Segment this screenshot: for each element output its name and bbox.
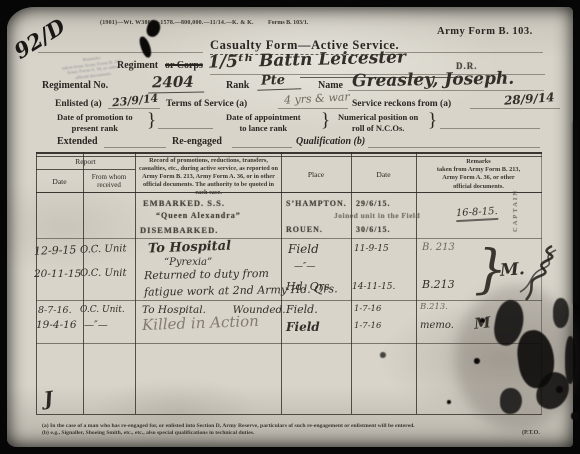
cell-record: Returned to duty from <box>144 267 269 282</box>
terms-label: Terms of Service (a) <box>166 99 247 109</box>
cell-from-whom: O.C. Unit. <box>80 305 125 315</box>
ink-speck <box>556 386 563 393</box>
footnote-b: (b) e.g., Signaller, Shoeing Smith, etc.… <box>42 430 462 437</box>
promotion-label: Date of promotion to present rank <box>57 112 133 133</box>
footnote-a: (a) In the case of a man who has re-enga… <box>42 423 532 430</box>
ink-speck <box>447 400 451 404</box>
record-embarked: EMBARKED. S.S. <box>143 198 225 208</box>
service-reckons-label: Service reckons from (a) <box>352 99 451 109</box>
writing-line <box>104 147 166 148</box>
cell-from-whom: O.C. Unit <box>80 243 127 256</box>
cell-place: Field <box>288 242 319 256</box>
cell-date: 12-9-15 <box>34 243 77 257</box>
appointment-label: Date of appointment to lance rank <box>226 112 301 133</box>
row-divider <box>36 238 542 239</box>
reengaged-label: Re-engaged <box>172 136 222 147</box>
captain-stamp-vertical: CAPTAIN <box>512 189 519 232</box>
writing-line <box>470 108 560 109</box>
name-label: Name <box>318 80 343 91</box>
qualification-label: Qualification (b) <box>296 136 365 147</box>
cell-from-whom-ditto: —″— <box>84 320 108 331</box>
cell-place: Hd. Qrs. <box>286 280 333 293</box>
col-line <box>135 152 136 414</box>
header-place: Place <box>281 170 351 179</box>
rank-value: Pte <box>257 72 302 91</box>
record-disembarked: DISEMBARKED. <box>140 225 218 235</box>
cell-date: 19-4-16 <box>36 319 77 331</box>
pto-note: (P.T.O. <box>522 430 540 436</box>
header-divider <box>36 192 542 193</box>
cell-remarks: B.213. <box>420 302 448 312</box>
cell-remarks: B. 213 <box>422 242 455 253</box>
cell-place-ditto: —″— <box>294 262 315 272</box>
date-embarked: 29/6/15. <box>356 199 390 208</box>
writing-line <box>108 108 160 109</box>
brace-glyph: } <box>428 110 437 132</box>
col-line <box>416 152 417 414</box>
col-line <box>83 152 84 414</box>
writing-line <box>232 147 292 148</box>
scanned-document-page: 92/D (1901)—Wt. W3803—1578.—800,000.—11/… <box>0 0 580 454</box>
enlisted-label: Enlisted (a) <box>55 99 102 109</box>
header-record: Record of promotions, reductions, transf… <box>139 157 278 197</box>
header-report: Report <box>36 157 135 166</box>
col-line <box>36 152 37 414</box>
writing-line <box>385 52 543 53</box>
cell-record-line2: “Pyrexia” <box>164 257 212 268</box>
writing-line <box>440 128 540 129</box>
header-date2: Date <box>351 170 416 179</box>
printers-code: (1901)—Wt. W3803—1578.—800,000.—11/14.—K… <box>100 20 254 26</box>
cell-report-date: 1-7-16 <box>354 304 381 314</box>
row-divider <box>36 300 542 301</box>
cell-place: Field <box>286 320 320 334</box>
writing-line <box>368 147 540 148</box>
numerical-label: Numerical position on roll of N.C.Os. <box>338 112 418 133</box>
cell-date: 8-7-16. <box>38 305 72 316</box>
joined-unit-stamp: Joined unit in the Field <box>334 211 420 220</box>
cell-record: To Hospital <box>148 239 232 257</box>
brace-glyph: } <box>321 110 330 132</box>
cell-record-killed: Killed in Action <box>142 312 259 334</box>
table-border-top <box>36 152 542 154</box>
extended-label: Extended <box>57 136 98 147</box>
cell-date: 20-11-15 <box>34 268 81 280</box>
brace-glyph: } <box>147 110 156 132</box>
writing-line <box>348 90 544 91</box>
record-ship-name: “Queen Alexandra” <box>156 211 241 220</box>
ink-speck <box>380 352 386 358</box>
date-disembarked: 30/6/15. <box>356 225 390 234</box>
report-sub-divider <box>36 169 135 170</box>
cell-report-date: 1-7-16 <box>354 321 381 331</box>
cell-from-whom: O.C. Unit <box>80 268 127 279</box>
place-rouen: ROUEN. <box>286 225 323 234</box>
ink-speck <box>474 358 480 364</box>
table-border-bottom <box>36 414 542 415</box>
place-southampton: S’HAMPTON. <box>286 199 347 208</box>
cell-report-date: 14-11-15. <box>352 282 395 292</box>
rank-label: Rank <box>226 80 249 91</box>
header-remarks: Remarks taken from Army Form B. 213, Arm… <box>418 158 539 191</box>
cell-place: Field. <box>286 303 318 316</box>
writing-line <box>278 108 348 109</box>
cell-report-date: 11-9-15 <box>354 244 389 254</box>
regimental-no-value: 2404 <box>148 73 204 94</box>
header-date: Date <box>36 177 83 186</box>
ink-speck <box>571 412 579 420</box>
regiment-label-struck: or Corps <box>165 60 203 71</box>
cell-remarks: memo. <box>420 320 454 331</box>
joined-unit-date: 16-8-15. <box>456 206 498 222</box>
writing-line <box>158 128 213 129</box>
edge-streak <box>573 120 579 305</box>
header-from-whom: From whom received <box>83 173 135 190</box>
army-form-number: Army Form B. 103. <box>437 26 533 37</box>
forms-code: Forms B. 103/1. <box>268 20 308 26</box>
name-value: Greasley, Joseph. <box>352 69 515 92</box>
cell-remarks: B.213 <box>422 278 455 291</box>
